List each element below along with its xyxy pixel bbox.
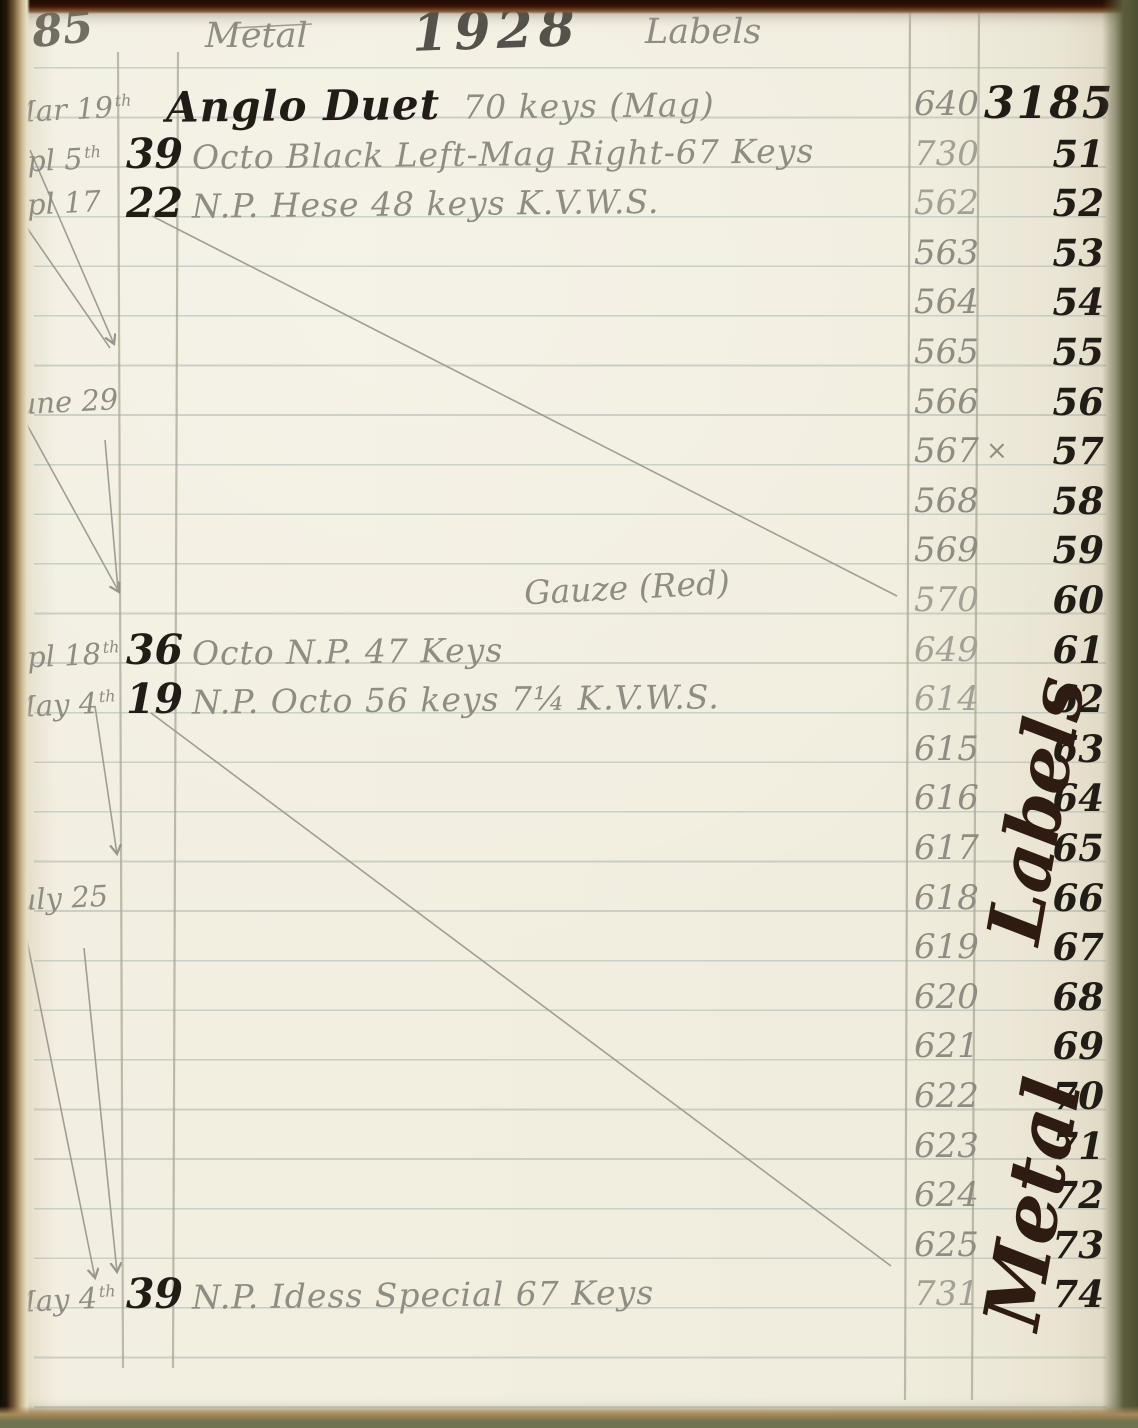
row-stock-number: 624	[914, 1171, 978, 1219]
labels-heading: Labels	[645, 12, 761, 52]
table-row: 568 58	[0, 477, 1138, 525]
row-label-number: 57	[984, 427, 1104, 475]
row-stock-number: 649	[914, 626, 978, 674]
row-stock-number: 570	[914, 576, 978, 624]
row-description: N.P. Idess Special 67 Keys	[192, 1266, 908, 1321]
row-description: N.P. Hese 48 keys K.V.W.S.	[192, 175, 908, 230]
table-row: Mar 19th Anglo Duet 70 keys (Mag) 640 31…	[0, 80, 1138, 128]
row-stock-number: 640	[914, 80, 978, 128]
date-suffix: th	[114, 90, 132, 110]
table-row: 617 65	[0, 824, 1138, 872]
row-stock-number: 623	[914, 1122, 978, 1170]
table-row: 564 54	[0, 278, 1138, 326]
description-pencil: 70 keys (Mag)	[463, 85, 715, 127]
table-row: Apl 5th 39 Octo Black Left-Mag Right-67 …	[0, 130, 1138, 178]
row-label-number: 59	[984, 526, 1104, 574]
row-stock-number: 563	[914, 229, 978, 277]
row-label-number: 51	[984, 130, 1104, 178]
row-stock-number: 564	[914, 278, 978, 326]
row-label-number: 53	[984, 229, 1104, 277]
row-description: Anglo Duet 70 keys (Mag)	[166, 76, 882, 134]
row-stock-number: 565	[914, 328, 978, 376]
date-suffix: th	[98, 1281, 116, 1301]
table-row: May 4th 19 N.P. Octo 56 keys 7¼ K.V.W.S.…	[0, 675, 1138, 723]
row-count: 39	[126, 130, 186, 178]
row-stock-number: 569	[914, 526, 978, 574]
row-count: 36	[126, 626, 186, 674]
page-edge-bottom	[0, 1406, 1138, 1428]
date-suffix: th	[102, 637, 120, 657]
page-edge-top	[0, 0, 1138, 14]
table-row: 563 53	[0, 229, 1138, 277]
ledger-photo: 85 Metal 1928 Labels Gauze (Red) Mar 19t…	[0, 0, 1138, 1428]
table-row: 621 69	[0, 1022, 1138, 1070]
table-row: 615 63	[0, 725, 1138, 773]
table-row: 625 73	[0, 1221, 1138, 1269]
table-row: July 25 618 66	[0, 874, 1138, 922]
row-stock-number: 614	[914, 675, 978, 723]
page-title: Metal	[205, 16, 308, 56]
date-suffix: th	[98, 686, 116, 706]
row-stock-number: 625	[914, 1221, 978, 1269]
table-row: 623 71	[0, 1122, 1138, 1170]
row-description: Octo Black Left-Mag Right-67 Keys	[192, 126, 908, 181]
table-row: 624 72	[0, 1171, 1138, 1219]
table-row: Apl 17 22 N.P. Hese 48 keys K.V.W.S. 562…	[0, 179, 1138, 227]
table-row: 567 × 57	[0, 427, 1138, 475]
row-stock-number: 617	[914, 824, 978, 872]
table-row: 570 60	[0, 576, 1138, 624]
row-label-number: 58	[984, 477, 1104, 525]
table-row: Apl 18th 36 Octo N.P. 47 Keys 649 61	[0, 626, 1138, 674]
row-stock-number: 566	[914, 378, 978, 426]
row-label-number: 3185 0	[984, 80, 1104, 128]
row-stock-number: 567	[914, 427, 978, 475]
table-row: 569 59	[0, 526, 1138, 574]
book-gutter-left	[0, 0, 30, 1428]
row-label-number: 55	[984, 328, 1104, 376]
row-stock-number: 562	[914, 179, 978, 227]
row-stock-number: 615	[914, 725, 978, 773]
date-suffix: th	[84, 142, 102, 162]
table-row: 616 64	[0, 774, 1138, 822]
row-stock-number: 730	[914, 130, 978, 178]
row-count: 22	[126, 179, 186, 227]
table-row: 565 55	[0, 328, 1138, 376]
row-count: 39	[126, 1270, 186, 1318]
row-count: 19	[126, 675, 186, 723]
row-stock-number: 622	[914, 1072, 978, 1120]
row-stock-number: 618	[914, 874, 978, 922]
row-label-number: 52	[984, 179, 1104, 227]
description-ink: Anglo Duet	[166, 80, 441, 132]
row-stock-number: 616	[914, 774, 978, 822]
table-row: 622 70	[0, 1072, 1138, 1120]
row-description: N.P. Octo 56 keys 7¼ K.V.W.S.	[192, 671, 908, 726]
table-row: June 29 566 56	[0, 378, 1138, 426]
row-label-number: 54	[984, 278, 1104, 326]
row-description: Octo N.P. 47 Keys	[192, 622, 908, 677]
row-stock-number: 568	[914, 477, 978, 525]
row-stock-number: 621	[914, 1022, 978, 1070]
page-edge-right	[1102, 0, 1138, 1428]
row-label-number: 56	[984, 378, 1104, 426]
